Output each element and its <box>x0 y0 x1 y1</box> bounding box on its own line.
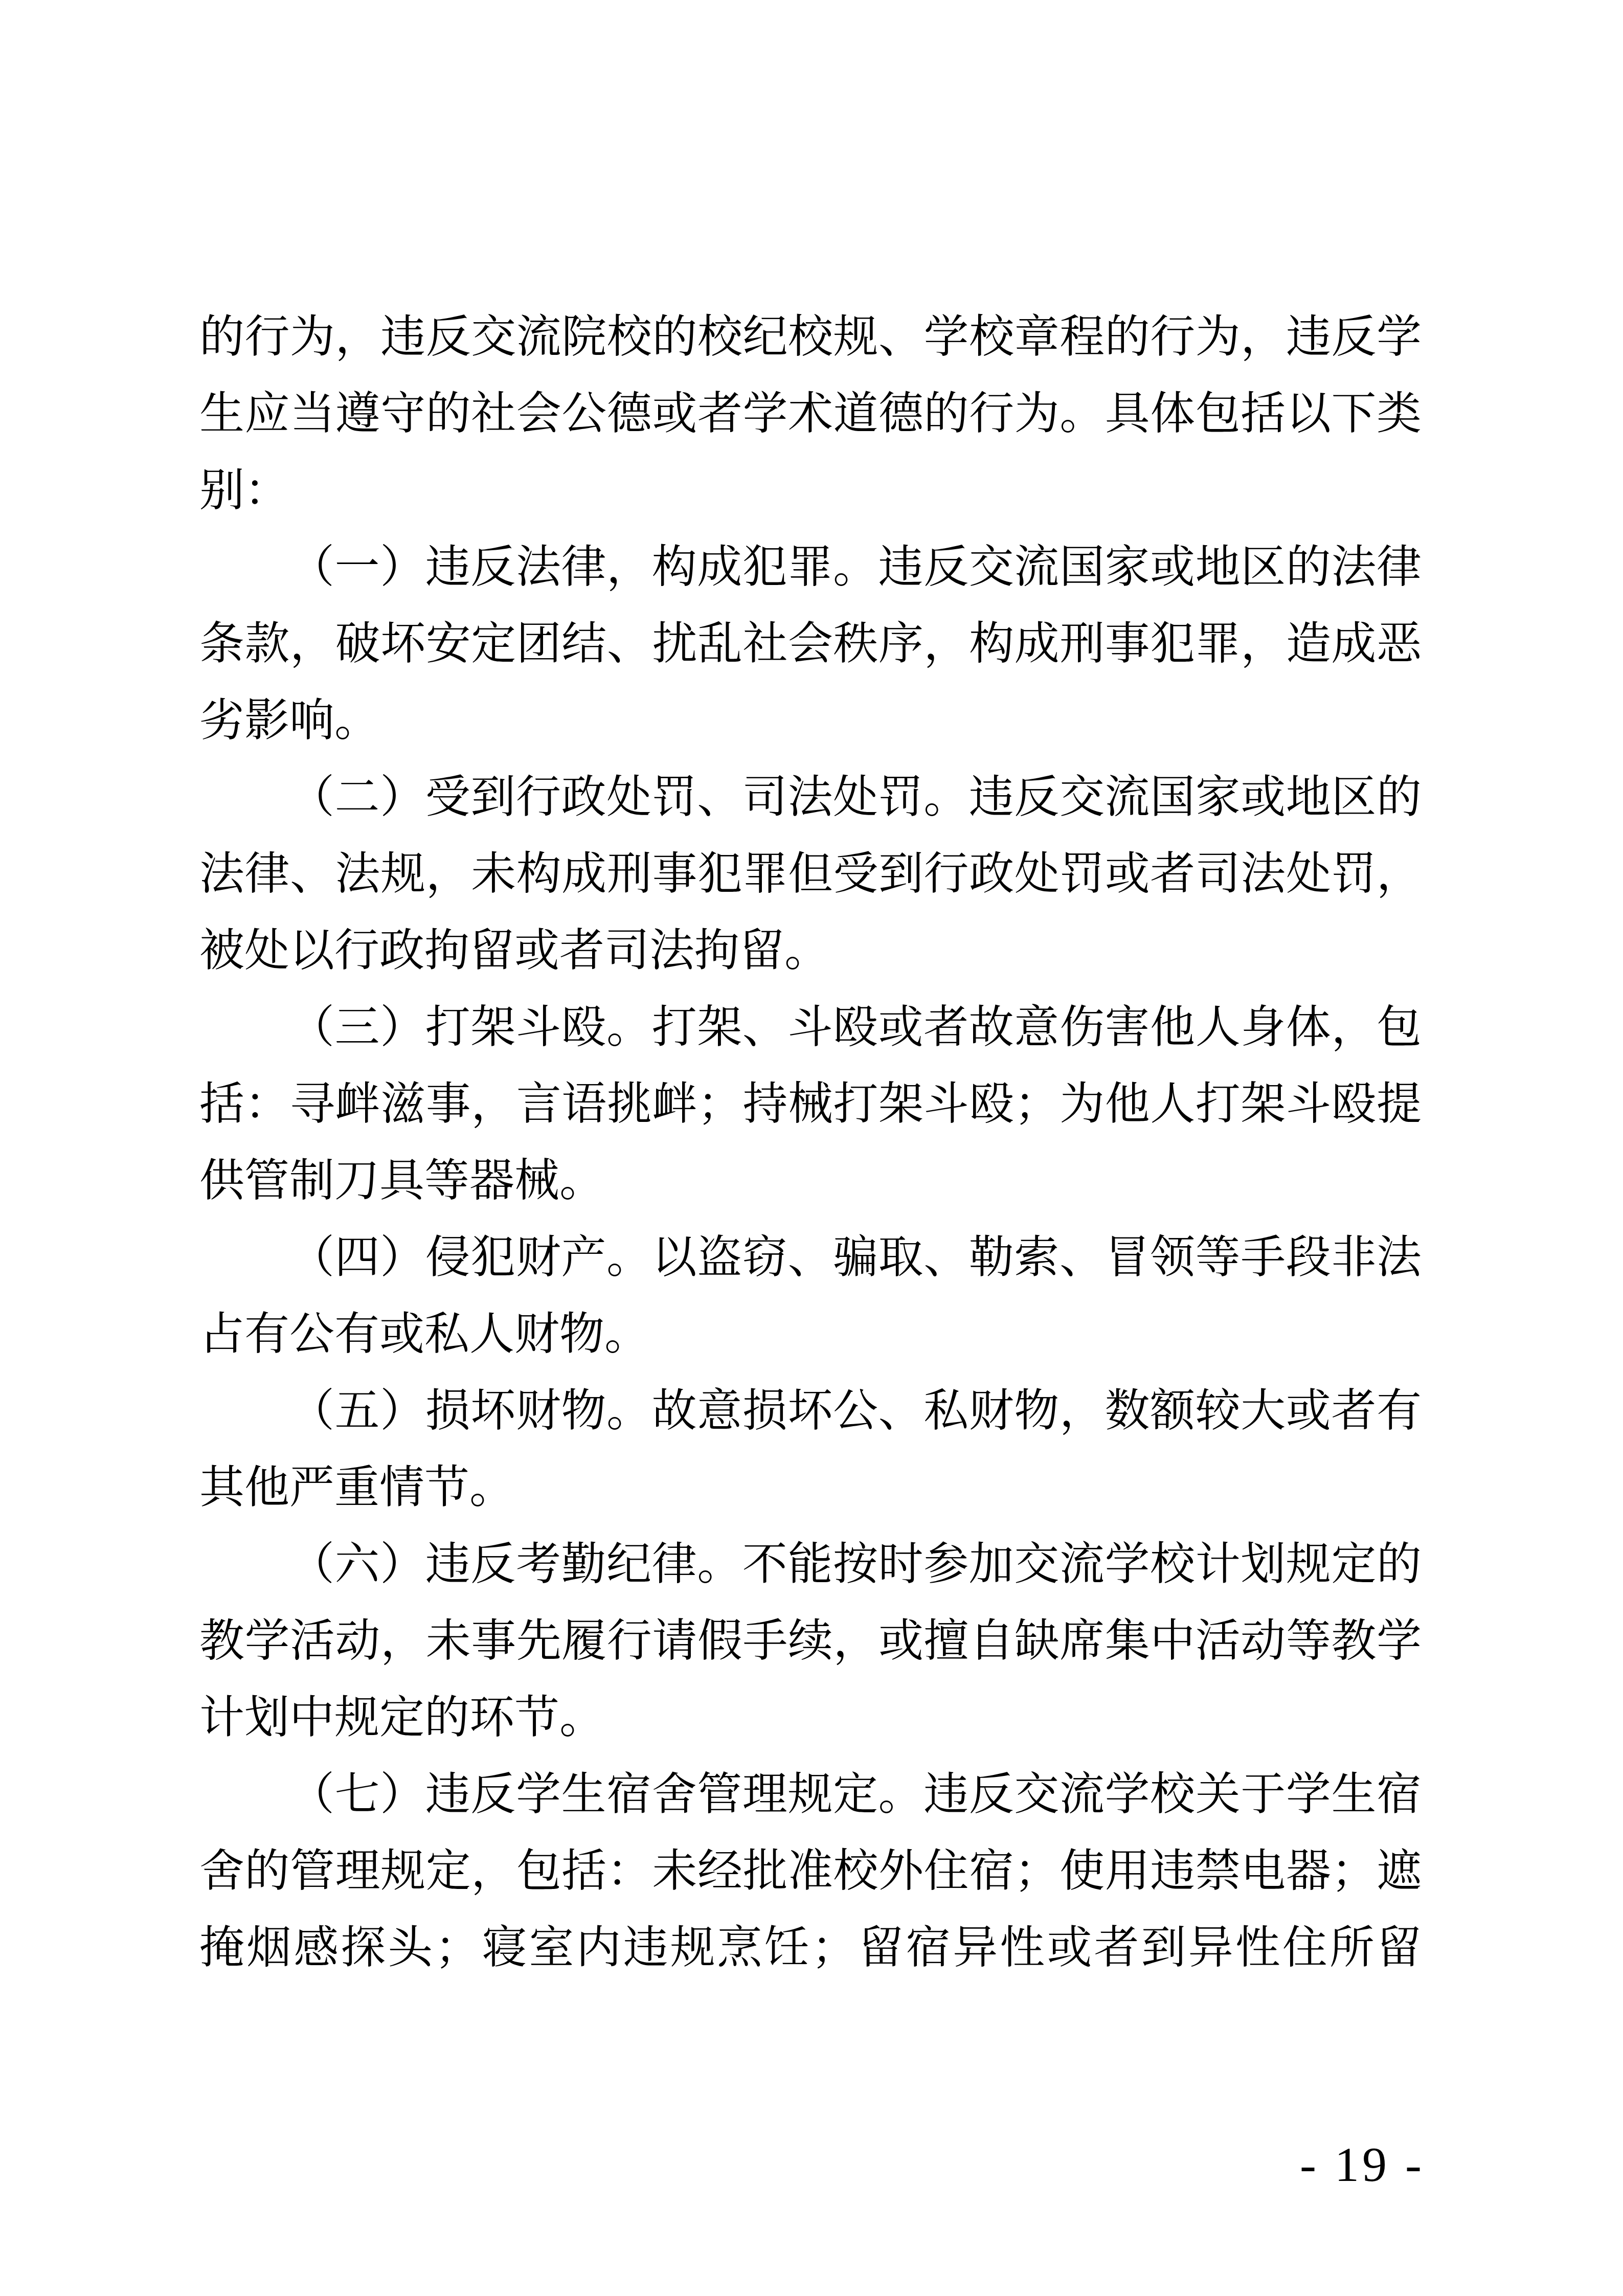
text-line: （五）损坏财物。故意损坏公、私财物，数额较大或者有 <box>199 1373 1422 1450</box>
text-line: 教学活动，未事先履行请假手续，或擅自缺席集中活动等教学 <box>199 1603 1422 1680</box>
text-line: （七）违反学生宿舍管理规定。违反交流学校关于学生宿 <box>199 1757 1422 1833</box>
document-page: 的行为，违反交流院校的校纪校规、学校章程的行为，违反学生应当遵守的社会公德或者学… <box>0 0 1623 2296</box>
text-line: 计划中规定的环节。 <box>199 1680 1422 1757</box>
text-line: 被处以行政拘留或者司法拘留。 <box>199 913 1422 989</box>
text-line: 舍的管理规定，包括：未经批准校外住宿；使用违禁电器；遮 <box>199 1833 1422 1910</box>
text-line: 生应当遵守的社会公德或者学术道德的行为。具体包括以下类 <box>199 376 1422 453</box>
text-line: 的行为，违反交流院校的校纪校规、学校章程的行为，违反学 <box>199 299 1422 376</box>
text-line: 其他严重情节。 <box>199 1450 1422 1526</box>
text-line: 条款，破坏安定团结、扰乱社会秩序，构成刑事犯罪，造成恶 <box>199 606 1422 683</box>
text-line: 劣影响。 <box>199 683 1422 759</box>
text-line: 法律、法规，未构成刑事犯罪但受到行政处罚或者司法处罚， <box>199 836 1422 913</box>
text-line: 括：寻衅滋事，言语挑衅；持械打架斗殴；为他人打架斗殴提 <box>199 1066 1422 1143</box>
text-line: （二）受到行政处罚、司法处罚。违反交流国家或地区的 <box>199 759 1422 836</box>
text-line: 别： <box>199 453 1422 529</box>
body-text-block: 的行为，违反交流院校的校纪校规、学校章程的行为，违反学生应当遵守的社会公德或者学… <box>199 299 1422 1987</box>
text-line: 掩烟感探头；寝室内违规烹饪；留宿异性或者到异性住所留 <box>199 1910 1422 1987</box>
page-number: - 19 - <box>1300 2139 1425 2190</box>
text-line: （一）违反法律，构成犯罪。违反交流国家或地区的法律 <box>199 529 1422 606</box>
text-line: 供管制刀具等器械。 <box>199 1143 1422 1220</box>
text-line: （四）侵犯财产。以盗窃、骗取、勒索、冒领等手段非法 <box>199 1220 1422 1296</box>
text-line: 占有公有或私人财物。 <box>199 1296 1422 1373</box>
text-line: （六）违反考勤纪律。不能按时参加交流学校计划规定的 <box>199 1526 1422 1603</box>
text-line: （三）打架斗殴。打架、斗殴或者故意伤害他人身体，包 <box>199 989 1422 1066</box>
